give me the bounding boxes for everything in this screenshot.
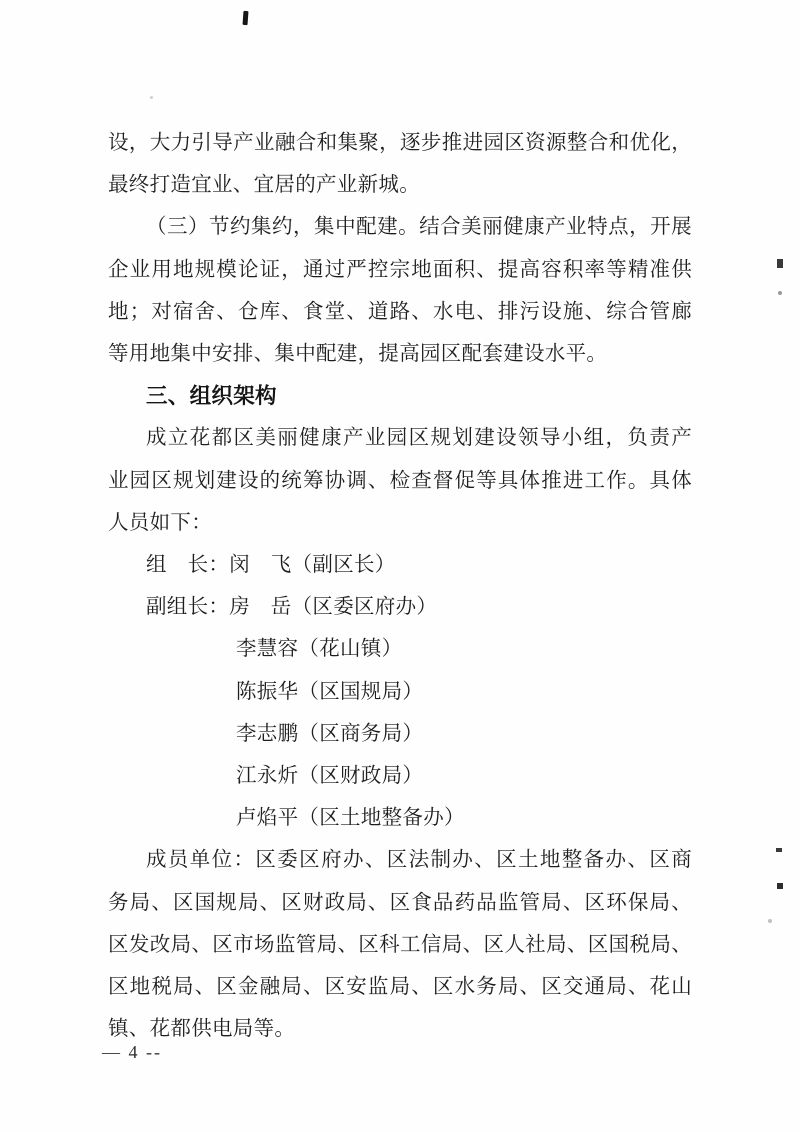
body-line: 镇、花都供电局等。 xyxy=(108,1008,692,1050)
document-body: 设，大力引导产业融合和集聚，逐步推进园区资源整合和优化， 最终打造宜业、宜居的产… xyxy=(108,122,692,1050)
roster-line-member: 卢焰平（区土地整备办） xyxy=(108,797,692,839)
roster-line-member: 陈振华（区国规局） xyxy=(108,671,692,713)
roster-line-member: 李志鹏（区商务局） xyxy=(108,713,692,755)
body-line: 人员如下： xyxy=(108,502,692,544)
body-line: 区发改局、区市场监管局、区科工信局、区人社局、区国税局、 xyxy=(108,924,692,966)
roster-line-member: 李慧容（花山镇） xyxy=(108,628,692,670)
roster-line-member: 江永炘（区财政局） xyxy=(108,755,692,797)
body-line: 设，大力引导产业融合和集聚，逐步推进园区资源整合和优化， xyxy=(108,122,692,164)
scan-artifact xyxy=(777,259,783,268)
body-line: （三）节约集约，集中配建。结合美丽健康产业特点，开展 xyxy=(108,206,692,248)
scan-artifact xyxy=(243,11,249,25)
page-number: — 4 -- xyxy=(102,1042,162,1063)
scan-artifact xyxy=(776,848,782,852)
scan-artifact xyxy=(777,883,783,889)
roster-line-deputy: 副组长：房 岳（区委区府办） xyxy=(108,586,692,628)
body-line: 地；对宿舍、仓库、食堂、道路、水电、排污设施、综合管廊 xyxy=(108,291,692,333)
body-line: 企业用地规模论证，通过严控宗地面积、提高容积率等精准供 xyxy=(108,249,692,291)
body-line: 成立花都区美丽健康产业园区规划建设领导小组，负责产 xyxy=(108,417,692,459)
scan-artifact xyxy=(768,919,772,923)
section-heading: 三、组织架构 xyxy=(108,375,692,417)
body-line: 等用地集中安排、集中配建，提高园区配套建设水平。 xyxy=(108,333,692,375)
scan-artifact xyxy=(778,291,782,295)
body-line: 务局、区国规局、区财政局、区食品药品监管局、区环保局、 xyxy=(108,882,692,924)
scan-artifact xyxy=(150,96,153,99)
body-line: 业园区规划建设的统筹协调、检查督促等具体推进工作。具体 xyxy=(108,460,692,502)
roster-line-leader: 组 长：闵 飞（副区长） xyxy=(108,544,692,586)
document-page: 设，大力引导产业融合和集聚，逐步推进园区资源整合和优化， 最终打造宜业、宜居的产… xyxy=(0,0,800,1132)
body-line: 区地税局、区金融局、区安监局、区水务局、区交通局、花山 xyxy=(108,966,692,1008)
body-line: 最终打造宜业、宜居的产业新城。 xyxy=(108,164,692,206)
body-line: 成员单位：区委区府办、区法制办、区土地整备办、区商 xyxy=(108,839,692,881)
